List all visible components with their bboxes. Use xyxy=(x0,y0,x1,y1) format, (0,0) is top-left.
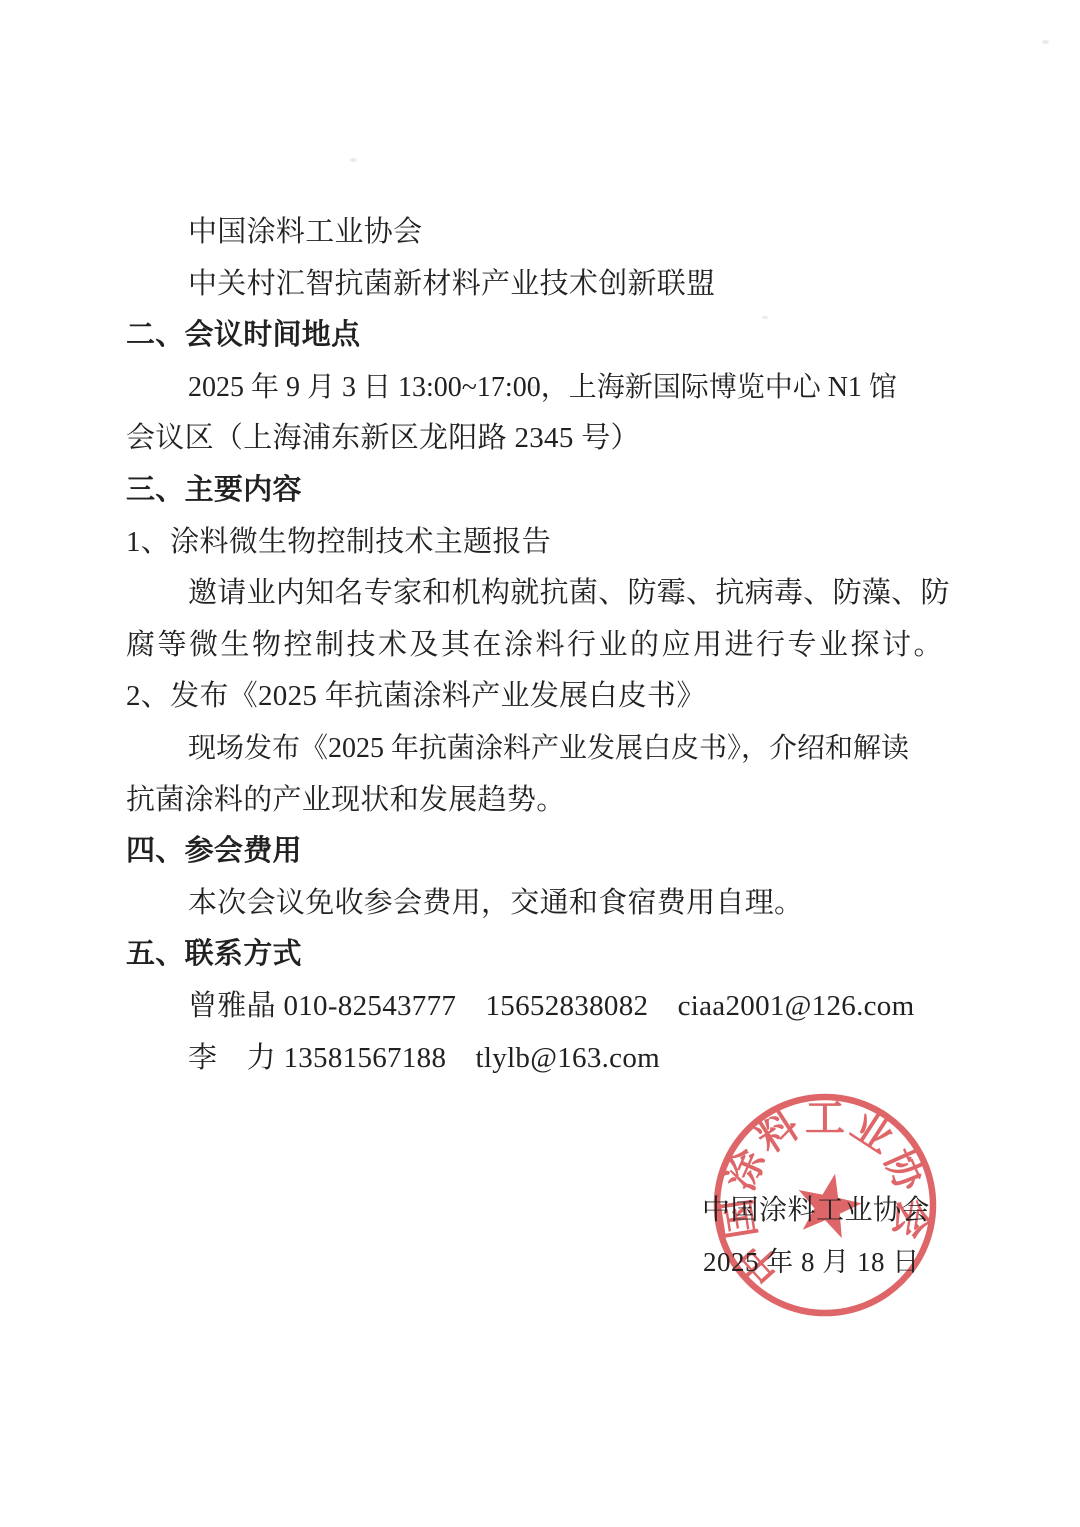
signature-date: 2025 年 8 月 18 日 xyxy=(703,1240,920,1279)
organizer-line-1: 中国涂料工业协会 xyxy=(126,207,966,259)
scanned-document-page: 中国涂料工业协会 中关村汇智抗菌新材料产业技术创新联盟 二、会议时间地点 202… xyxy=(0,0,1080,1527)
document-body: 中国涂料工业协会 中关村汇智抗菌新材料产业技术创新联盟 二、会议时间地点 202… xyxy=(126,207,966,1084)
contact-line-1: 曾雅晶 010-82543777 15652838082 ciaa2001@12… xyxy=(126,981,966,1033)
stamp-ring-char: 料 xyxy=(749,1102,807,1162)
item2-desc-line-2: 抗菌涂料的产业现状和发展趋势。 xyxy=(126,775,966,827)
organizer-line-2: 中关村汇智抗菌新材料产业技术创新联盟 xyxy=(126,259,966,311)
item1-title-line: 1、涂料微生物控制技术主题报告 xyxy=(126,517,966,569)
contact-line-2: 李 力 13581567188 tlylb@163.com xyxy=(126,1033,966,1085)
item1-desc-line-1: 邀请业内知名专家和机构就抗菌、防霉、抗病毒、防藻、防 xyxy=(126,568,966,620)
fee-line: 本次会议免收参会费用，交通和食宿费用自理。 xyxy=(126,878,966,930)
signature-organization: 中国涂料工业协会 xyxy=(702,1188,930,1228)
scan-artifact xyxy=(350,158,357,162)
section-heading-fee: 四、参会费用 xyxy=(126,826,966,878)
section-heading-time-place: 二、会议时间地点 xyxy=(126,310,966,362)
section-heading-content: 三、主要内容 xyxy=(126,465,966,517)
item2-title-line: 2、发布《2025 年抗菌涂料产业发展白皮书》 xyxy=(126,671,966,723)
meeting-datetime-line: 2025 年 9 月 3 日 13:00~17:00，上海新国际博览中心 N1 … xyxy=(126,362,966,414)
meeting-venue-line: 会议区（上海浦东新区龙阳路 2345 号） xyxy=(126,413,966,465)
scan-artifact xyxy=(1042,40,1049,44)
item1-desc-line-2: 腐等微生物控制技术及其在涂料行业的应用进行专业探讨。 xyxy=(126,620,966,672)
stamp-ring-char: 工 xyxy=(805,1096,845,1141)
item2-desc-line-1: 现场发布《2025 年抗菌涂料产业发展白皮书》，介绍和解读 xyxy=(126,723,966,775)
section-heading-contact: 五、联系方式 xyxy=(126,929,966,981)
